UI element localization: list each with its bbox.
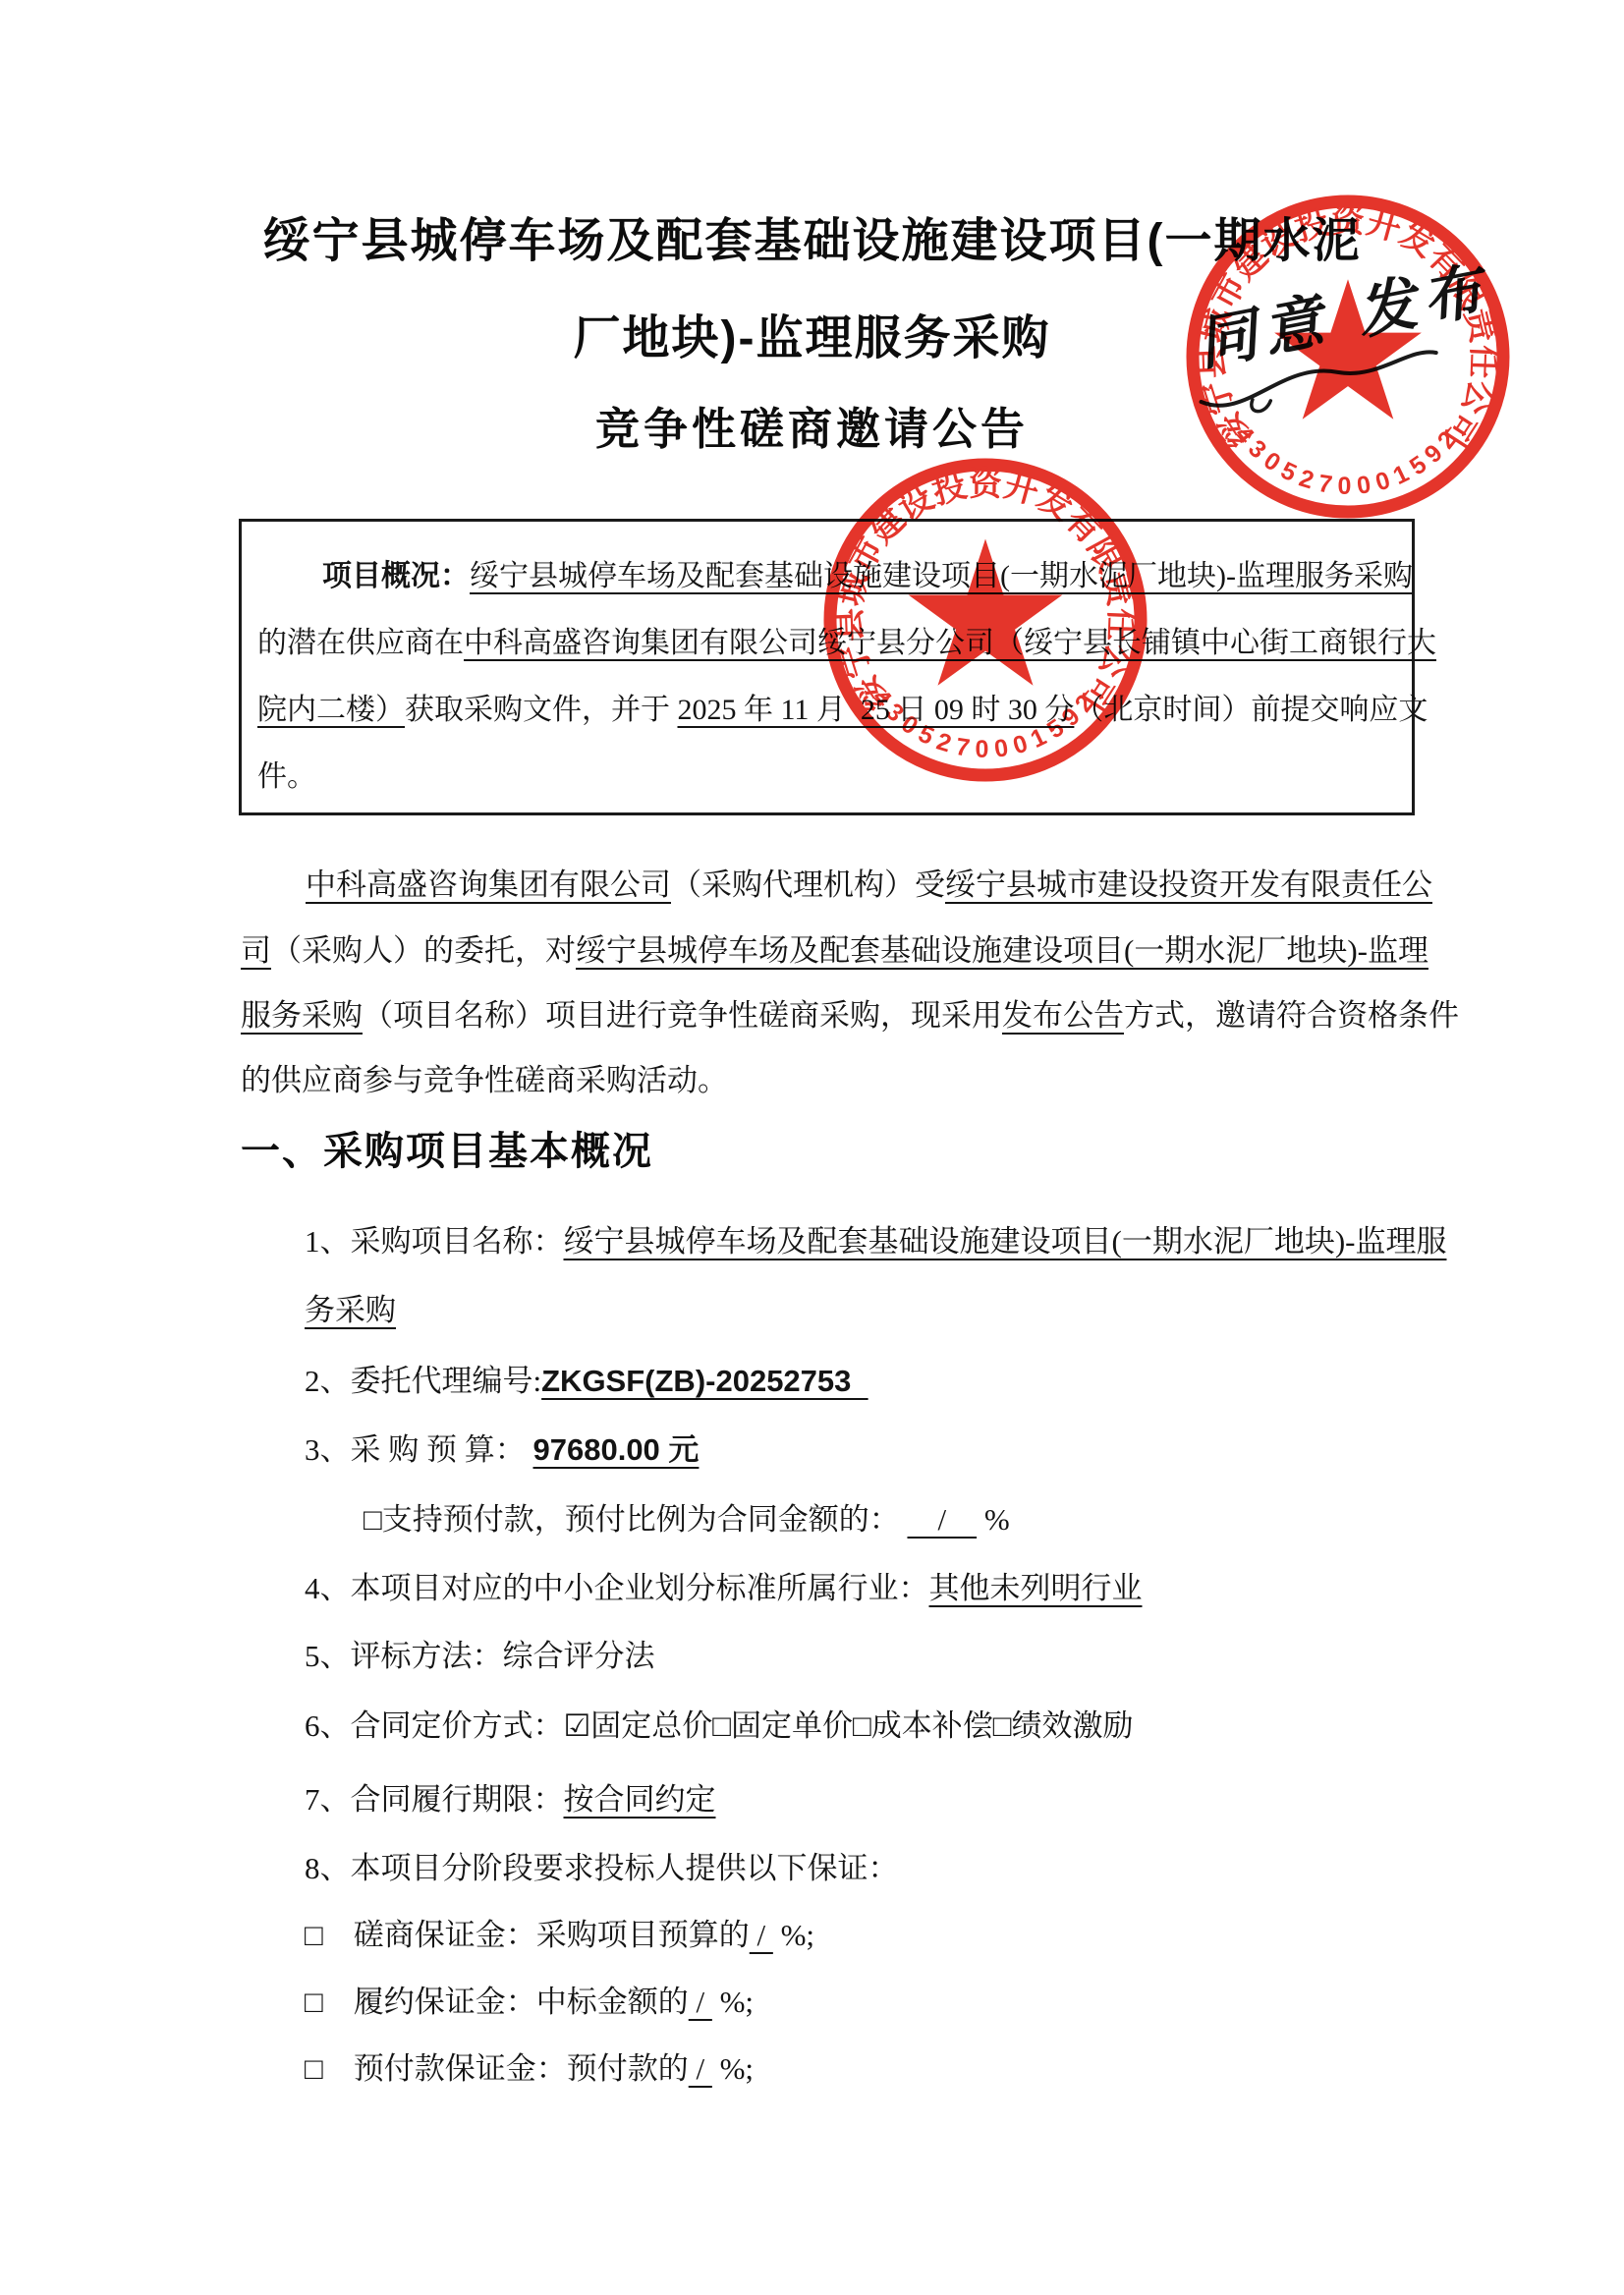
seal-star-icon (909, 539, 1063, 686)
item-8-guarantees-intro: 8、本项目分阶段要求投标人提供以下保证： (305, 1843, 899, 1887)
intro-line-1: 中科高盛咨询集团有限公司（采购代理机构）受绥宁县城市建设投资开发有限责任公 (241, 860, 1432, 904)
intro-line-4: 的供应商参与竞争性磋商采购活动。 (241, 1055, 728, 1099)
intro-line-2: 司（采购人）的委托，对绥宁县城停车场及配套基础设施建设项目(一期水泥厂地块)-监… (241, 925, 1428, 970)
intro-line-3: 服务采购（项目名称）项目进行竞争性磋商采购，现采用发布公告方式，邀请符合资格条件 (241, 990, 1459, 1035)
item-6-pricing-checkboxes: 6、合同定价方式：☑固定总价□固定单价□成本补偿□绩效激励 (305, 1701, 1133, 1745)
item-2-agency-number: 2、委托代理编号:ZKGSF(ZB)-20252753 (305, 1356, 868, 1400)
official-seal-graphic: 绥宁县城市建设投资开发有限责任公司 4305270001592 (789, 423, 1182, 816)
item-1-line-1: 1、采购项目名称：绥宁县城停车场及配套基础设施建设项目(一期水泥厂地块)-监理服 (305, 1216, 1446, 1260)
item-7-contract-term: 7、合同履行期限：按合同约定 (305, 1774, 716, 1819)
guarantee-checkbox-performance: □ 履约保证金：中标金额的 / %; (305, 1977, 754, 2021)
item-3-budget: 3、采 购 预 算： 97680.00 元 (305, 1425, 699, 1469)
item-4-industry: 4、本项目对应的中小企业划分标准所属行业：其他未列明行业 (305, 1563, 1143, 1607)
item-1-line-2: 务采购 (305, 1285, 396, 1329)
document-page: 绥宁县城停车场及配套基础设施建设项目(一期水泥 厂地块)-监理服务采购 竞争性磋… (0, 0, 1624, 2295)
section-1-heading: 一、采购项目基本概况 (241, 1120, 653, 1176)
guarantee-checkbox-consultation: □ 磋商保证金：采购项目预算的 / %; (305, 1910, 814, 1954)
item-5-evaluation-method: 5、评标方法：综合评分法 (305, 1631, 655, 1675)
overview-line-4: 件。 (257, 752, 316, 795)
guarantee-checkbox-prepayment: □ 预付款保证金：预付款的 / %; (305, 2043, 754, 2088)
item-3-prepayment-checkbox-line: □支持预付款，预付比例为合同金额的： / % (364, 1494, 1010, 1539)
official-seal-overview: 绥宁县城市建设投资开发有限责任公司 4305270001592 (789, 423, 1182, 816)
